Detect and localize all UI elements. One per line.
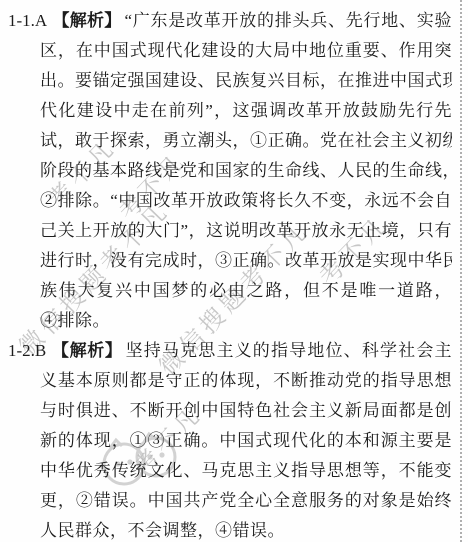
text-line: 1-2.B【解析】坚持马克思主义的指导地位、科学社会主: [8, 336, 452, 366]
text-line: ④排除。: [40, 306, 452, 336]
column-divider: [460, 0, 462, 542]
text-line: 1-1.A【解析】“广东是改革开放的排头兵、先行地、实验: [8, 6, 452, 36]
text-line: 人民群众，不会调整，④错误。: [40, 516, 452, 542]
answer-label: 1-1.A: [8, 11, 47, 30]
text-line: 更，②错误。中国共产党全心全意服务的对象是始终: [40, 486, 452, 516]
analysis-tag: 【解析】: [51, 341, 122, 360]
analysis-tag: 【解析】: [52, 11, 121, 30]
text-block: 1-1.A【解析】“广东是改革开放的排头兵、先行地、实验区，在中国式现代化建设的…: [8, 6, 454, 542]
answer-label: 1-2.B: [8, 341, 46, 360]
line-text: 坚持马克思主义的指导地位、科学社会主: [126, 341, 452, 360]
text-line: 进行时，没有完成时，③正确。改革开放是实现中华民: [40, 246, 452, 276]
text-line: 新的体现，①③正确。中国式现代化的本和源主要是: [40, 426, 452, 456]
text-line: 与时俱进、不断开创中国特色社会主义新局面都是创: [40, 396, 452, 426]
answer-sheet-page: 考不凡考不凡微信搜题考不凡微信搜题考不凡考不凡考不凡 1-1.A【解析】“广东是…: [0, 0, 468, 542]
text-line: 代化建设中走在前列”，这强调改革开放鼓励先行先: [40, 96, 452, 126]
text-line: 试，敢于探索，勇立潮头，①正确。党在社会主义初级: [40, 126, 452, 156]
text-line: 出。要锚定强国建设、民族复兴目标，在推进中国式现: [40, 66, 452, 96]
text-line: 义基本原则都是守正的体现，不断推动党的指导思想: [40, 366, 452, 396]
text-line: 己关上开放的大门”，这说明改革开放永无止境，只有: [40, 216, 452, 246]
text-line: 族伟大复兴中国梦的必由之路，但不是唯一道路，: [40, 276, 452, 306]
line-text: “广东是改革开放的排头兵、先行地、实验: [124, 11, 452, 30]
text-line: 阶段的基本路线是党和国家的生命线、人民的生命线，: [40, 156, 452, 186]
text-line: ②排除。“中国改革开放政策将长久不变，永远不会自: [40, 186, 452, 216]
text-line: 中华优秀传统文化、马克思主义指导思想等，不能变: [40, 456, 452, 486]
text-line: 区，在中国式现代化建设的大局中地位重要、作用突: [40, 36, 452, 66]
